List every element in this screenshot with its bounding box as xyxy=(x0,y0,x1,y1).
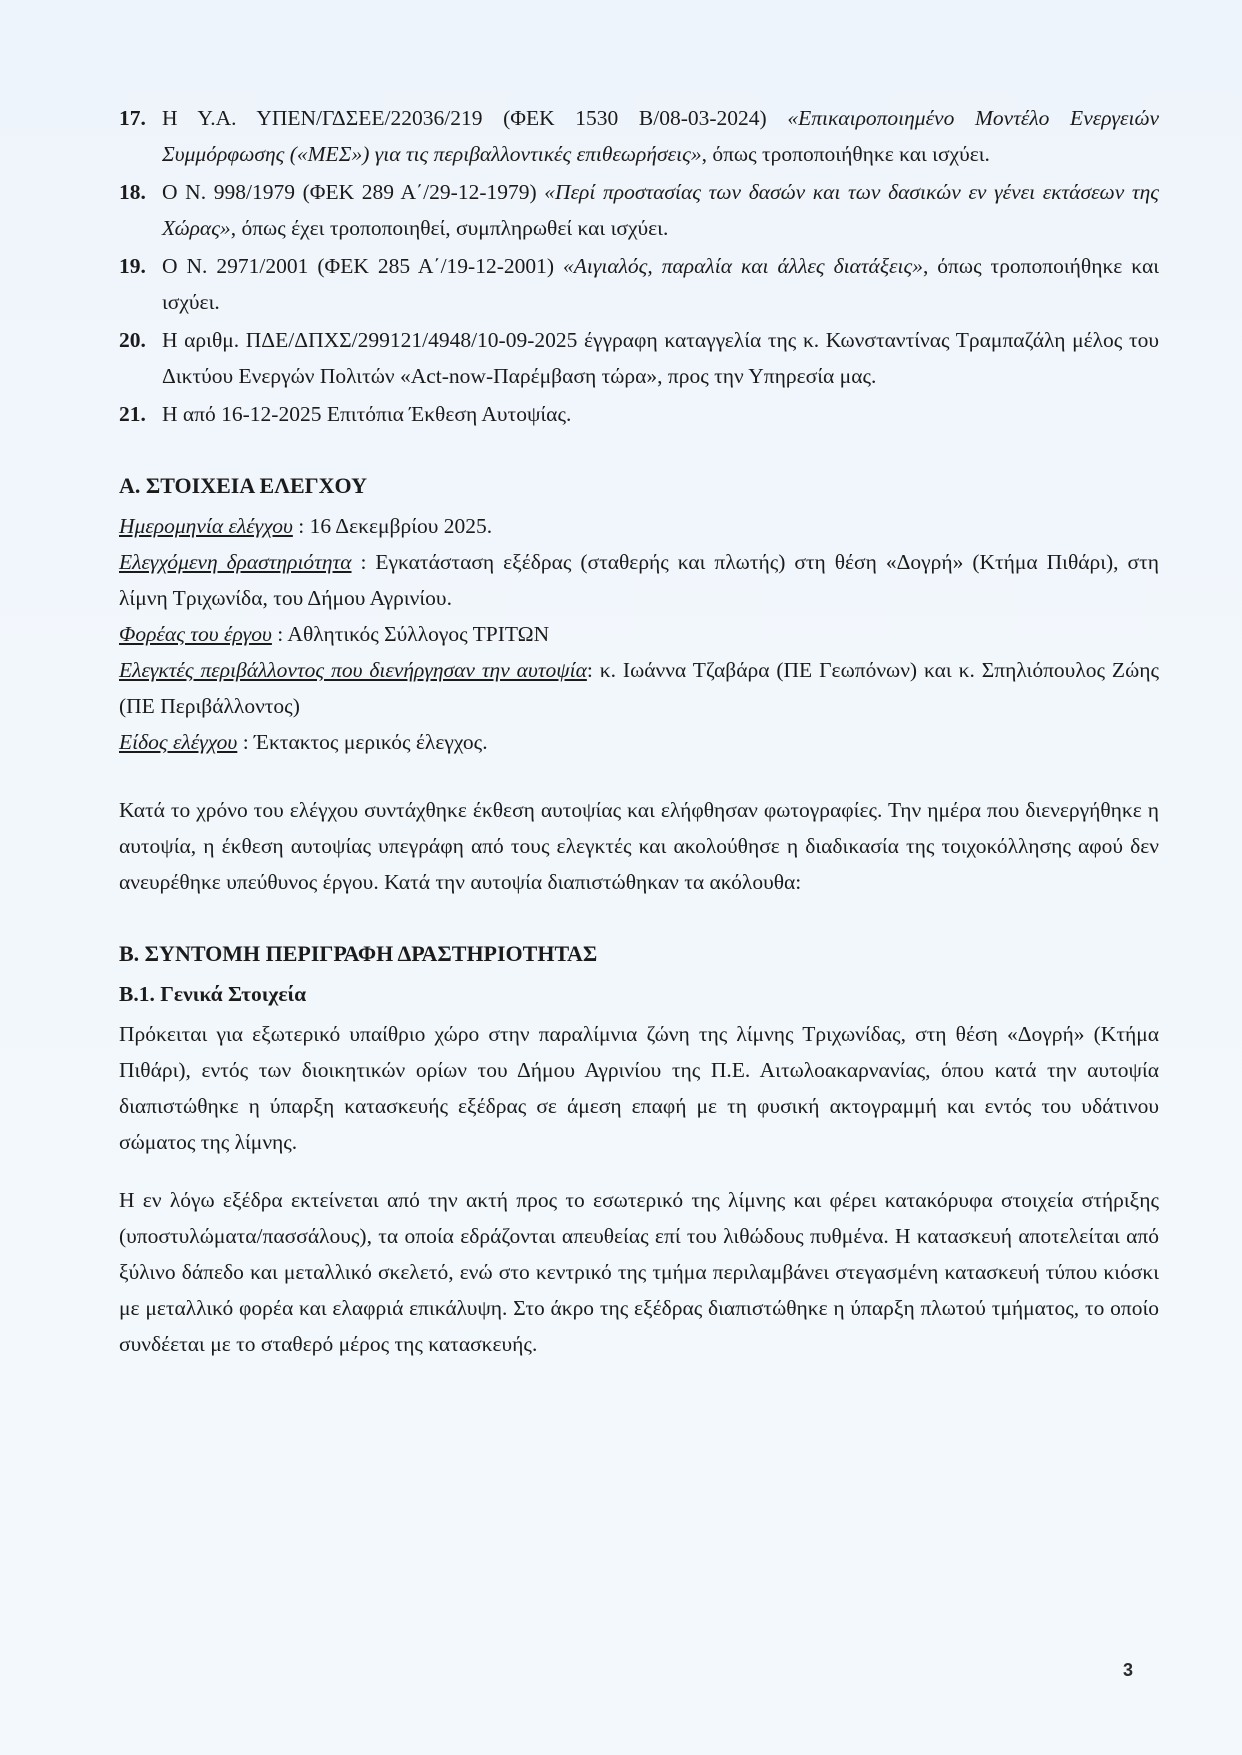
reference-text: Η από 16-12-2025 Επιτόπια Έκθεση Αυτοψία… xyxy=(162,402,571,426)
reference-item: 18. Ο Ν. 998/1979 (ΦΕΚ 289 Α΄/29-12-1979… xyxy=(119,174,1159,246)
reference-text: Ο Ν. 2971/2001 (ΦΕΚ 285 Α΄/19-12-2001) xyxy=(162,254,563,278)
field-label: Ημερομηνία ελέγχου xyxy=(119,514,293,538)
field-value: 16 Δεκεμβρίου 2025. xyxy=(310,514,493,538)
section-b-title: Β. ΣΥΝΤΟΜΗ ΠΕΡΙΓΡΑΦΗ ΔΡΑΣΤΗΡΙΟΤΗΤΑΣ xyxy=(119,936,1159,972)
field-value: Έκτακτος μερικός έλεγχος. xyxy=(254,730,488,754)
reference-suffix: , όπως έχει τροποποιηθεί, συμπληρωθεί κα… xyxy=(231,216,669,240)
field-inspected-activity: Ελεγχόμενη δραστηριότητα : Εγκατάσταση ε… xyxy=(119,544,1159,616)
reference-item: 20. Η αριθμ. ΠΔΕ/ΔΠΧΣ/299121/4948/10-09-… xyxy=(119,322,1159,394)
field-label: Φορέας του έργου xyxy=(119,622,272,646)
reference-item: 17. Η Υ.Α. ΥΠΕΝ/ΓΔΣΕΕ/22036/219 (ΦΕΚ 153… xyxy=(119,100,1159,172)
reference-number: 19. xyxy=(119,248,146,284)
reference-number: 20. xyxy=(119,322,146,358)
reference-text: Η αριθμ. ΠΔΕ/ΔΠΧΣ/299121/4948/10-09-2025… xyxy=(162,328,1159,388)
field-label: Ελεγκτές περιβάλλοντος που διενήργησαν τ… xyxy=(119,658,587,682)
field-label: Είδος ελέγχου xyxy=(119,730,237,754)
field-project-body: Φορέας του έργου : Αθλητικός Σύλλογος ΤΡ… xyxy=(119,616,1159,652)
subsection-b1-title: Β.1. Γενικά Στοιχεία xyxy=(119,976,1159,1012)
field-inspectors: Ελεγκτές περιβάλλοντος που διενήργησαν τ… xyxy=(119,652,1159,724)
reference-number: 21. xyxy=(119,396,146,432)
reference-title: «Αιγιαλός, παραλία και άλλες διατάξεις» xyxy=(563,254,923,278)
section-a-title: Α. ΣΤΟΙΧΕΙΑ ΕΛΕΓΧΟΥ xyxy=(119,468,1159,504)
field-value: Αθλητικός Σύλλογος ΤΡΙΤΩΝ xyxy=(287,622,549,646)
structure-description-paragraph: Η εν λόγω εξέδρα εκτείνεται από την ακτή… xyxy=(119,1182,1159,1362)
page-content: 17. Η Υ.Α. ΥΠΕΝ/ΓΔΣΕΕ/22036/219 (ΦΕΚ 153… xyxy=(119,100,1159,1362)
reference-item: 21. Η από 16-12-2025 Επιτόπια Έκθεση Αυτ… xyxy=(119,396,1159,432)
reference-number: 18. xyxy=(119,174,146,210)
document-page: 17. Η Υ.Α. ΥΠΕΝ/ΓΔΣΕΕ/22036/219 (ΦΕΚ 153… xyxy=(0,0,1242,1755)
field-inspection-date: Ημερομηνία ελέγχου : 16 Δεκεμβρίου 2025. xyxy=(119,508,1159,544)
inspection-paragraph: Κατά το χρόνο του ελέγχου συντάχθηκε έκθ… xyxy=(119,792,1159,900)
general-info-paragraph: Πρόκειται για εξωτερικό υπαίθριο χώρο στ… xyxy=(119,1016,1159,1160)
field-label: Ελεγχόμενη δραστηριότητα xyxy=(119,550,352,574)
reference-text: Η Υ.Α. ΥΠΕΝ/ΓΔΣΕΕ/22036/219 (ΦΕΚ 1530 Β/… xyxy=(162,106,787,130)
page-number: 3 xyxy=(1123,1660,1133,1681)
field-inspection-type: Είδος ελέγχου : Έκτακτος μερικός έλεγχος… xyxy=(119,724,1159,760)
reference-number: 17. xyxy=(119,100,146,136)
reference-item: 19. Ο Ν. 2971/2001 (ΦΕΚ 285 Α΄/19-12-200… xyxy=(119,248,1159,320)
reference-text: Ο Ν. 998/1979 (ΦΕΚ 289 Α΄/29-12-1979) xyxy=(162,180,544,204)
reference-suffix: , όπως τροποποιήθηκε και ισχύει. xyxy=(702,142,990,166)
references-list: 17. Η Υ.Α. ΥΠΕΝ/ΓΔΣΕΕ/22036/219 (ΦΕΚ 153… xyxy=(119,100,1159,432)
